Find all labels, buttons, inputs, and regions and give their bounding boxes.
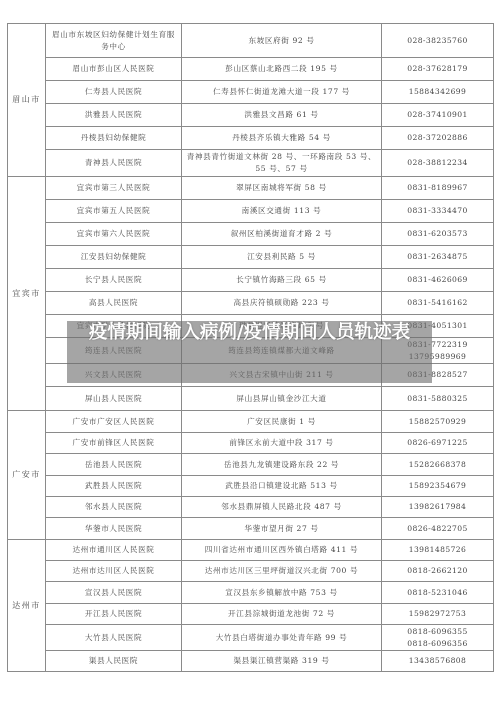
address-cell: 达州市达川区三里坪街道汉兴北街 700 号 — [182, 561, 382, 582]
phone-cell: 0818-5231046 — [382, 582, 494, 604]
phone-cell: 15882570929 — [382, 411, 494, 433]
address-cell: 高县庆符镇硕勋路 223 号 — [182, 292, 382, 315]
address-cell: 武胜县沿口镇建设北路 513 号 — [182, 476, 382, 497]
table-row: 眉山市眉山市东坡区妇幼保健计划生育服务中心东坡区府街 92 号028-38235… — [8, 24, 494, 58]
phone-cell: 0831-2634875 — [382, 246, 494, 269]
address-cell: 翠屏区南城将军街 58 号 — [182, 177, 382, 200]
address-cell: 大竹县白塔街道办事处青年路 99 号 — [182, 625, 382, 651]
table-row: 宜宾市第六人民医院叙州区柏溪街道育才路 2 号0831-6203573 — [8, 223, 494, 246]
address-cell: 叙州区柏溪街道育才路 2 号 — [182, 223, 382, 246]
hospital-name-cell: 长宁县人民医院 — [46, 269, 182, 292]
address-cell: 渠县渠江镇营渠路 319 号 — [182, 651, 382, 672]
table-row: 丹棱县妇幼保健院丹棱县齐乐镇大雅路 54 号028-37202886 — [8, 127, 494, 150]
hospital-name-cell: 眉山市彭山区人民医院 — [46, 58, 182, 81]
table-row: 宣汉县人民医院宣汉县东乡镇解放中路 753 号0818-5231046 — [8, 582, 494, 604]
phone-cell: 15282668378 — [382, 454, 494, 476]
address-cell: 开江县淙城街道龙池街 72 号 — [182, 604, 382, 625]
table-row: 广安市广安市广安区人民医院广安区民康街 1 号15882570929 — [8, 411, 494, 433]
address-cell: 四川省达州市通川区西外镇白塔路 411 号 — [182, 540, 382, 561]
phone-cell: 13982617984 — [382, 497, 494, 518]
hospital-name-cell: 达州市通川区人民医院 — [46, 540, 182, 561]
table-row: 青神县人民医院青神县青竹街道文林街 28 号、一环路南段 53 号、55 号、5… — [8, 150, 494, 177]
phone-cell: 0826-6971225 — [382, 433, 494, 454]
phone-cell: 028-38235760 — [382, 24, 494, 58]
address-cell: 洪雅县文昌路 61 号 — [182, 104, 382, 127]
hospital-name-cell: 洪雅县人民医院 — [46, 104, 182, 127]
hospital-name-cell: 达州市达川区人民医院 — [46, 561, 182, 582]
phone-cell: 15982972753 — [382, 604, 494, 625]
phone-cell: 13981485726 — [382, 540, 494, 561]
address-cell: 岳池县九龙镇建设路东段 22 号 — [182, 454, 382, 476]
banner-title: 疫情期间输入病例/疫情期间人员轨迹表 — [67, 322, 432, 343]
hospital-name-cell: 眉山市东坡区妇幼保健计划生育服务中心 — [46, 24, 182, 58]
phone-cell: 028-37410901 — [382, 104, 494, 127]
phone-cell: 0826-4822705 — [382, 518, 494, 540]
city-cell: 眉山市 — [8, 24, 46, 177]
address-cell: 华蓥市望月街 27 号 — [182, 518, 382, 540]
table-row: 宜宾市宜宾市第三人民医院翠屏区南城将军街 58 号0831-8189967 — [8, 177, 494, 200]
table-row: 江安县妇幼保健院江安县利民路 5 号0831-2634875 — [8, 246, 494, 269]
table-row: 广安市前锋区人民医院前锋区永前大道中段 317 号0826-6971225 — [8, 433, 494, 454]
city-cell: 达州市 — [8, 540, 46, 672]
table-row: 长宁县人民医院长宁镇竹海路三段 65 号0831-4626069 — [8, 269, 494, 292]
hospital-name-cell: 广安市广安区人民医院 — [46, 411, 182, 433]
address-cell: 东坡区府街 92 号 — [182, 24, 382, 58]
table-row: 达州市达州市通川区人民医院四川省达州市通川区西外镇白塔路 411 号139814… — [8, 540, 494, 561]
phone-cell: 0818-60963550818-6096356 — [382, 625, 494, 651]
address-cell: 彭山区蔡山北路西二段 195 号 — [182, 58, 382, 81]
hospital-name-cell: 武胜县人民医院 — [46, 476, 182, 497]
table-row: 岳池县人民医院岳池县九龙镇建设路东段 22 号15282668378 — [8, 454, 494, 476]
address-cell: 丹棱县齐乐镇大雅路 54 号 — [182, 127, 382, 150]
table-row: 屏山县人民医院屏山县屏山镇金沙江大道0831-5880325 — [8, 387, 494, 411]
hospital-name-cell: 高县人民医院 — [46, 292, 182, 315]
hospital-name-cell: 大竹县人民医院 — [46, 625, 182, 651]
phone-cell: 028-37628179 — [382, 58, 494, 81]
table-row: 高县人民医院高县庆符镇硕勋路 223 号0831-5416162 — [8, 292, 494, 315]
phone-cell: 13438576808 — [382, 651, 494, 672]
table-row: 仁寿县人民医院仁寿县怀仁街道龙滩大道一段 177 号15884342699 — [8, 81, 494, 104]
hospital-name-cell: 青神县人民医院 — [46, 150, 182, 177]
table-row: 武胜县人民医院武胜县沿口镇建设北路 513 号15892354679 — [8, 476, 494, 497]
hospital-name-cell: 宜宾市第三人民医院 — [46, 177, 182, 200]
hospital-name-cell: 宣汉县人民医院 — [46, 582, 182, 604]
table-row: 洪雅县人民医院洪雅县文昌路 61 号028-37410901 — [8, 104, 494, 127]
hospital-name-cell: 仁寿县人民医院 — [46, 81, 182, 104]
table-row: 眉山市彭山区人民医院彭山区蔡山北路西二段 195 号028-37628179 — [8, 58, 494, 81]
hospital-name-cell: 广安市前锋区人民医院 — [46, 433, 182, 454]
table-row: 华蓥市人民医院华蓥市望月街 27 号0826-4822705 — [8, 518, 494, 540]
phone-cell: 0831-8189967 — [382, 177, 494, 200]
address-cell: 江安县利民路 5 号 — [182, 246, 382, 269]
table-row: 开江县人民医院开江县淙城街道龙池街 72 号15982972753 — [8, 604, 494, 625]
phone-cell: 028-37202886 — [382, 127, 494, 150]
phone-cell: 15884342699 — [382, 81, 494, 104]
hospital-name-cell: 岳池县人民医院 — [46, 454, 182, 476]
city-cell: 广安市 — [8, 411, 46, 540]
table-row: 渠县人民医院渠县渠江镇营渠路 319 号13438576808 — [8, 651, 494, 672]
hospital-name-cell: 丹棱县妇幼保健院 — [46, 127, 182, 150]
address-cell: 青神县青竹街道文林街 28 号、一环路南段 53 号、55 号、57 号 — [182, 150, 382, 177]
address-cell: 仁寿县怀仁街道龙滩大道一段 177 号 — [182, 81, 382, 104]
phone-cell: 0831-6203573 — [382, 223, 494, 246]
hospital-name-cell: 华蓥市人民医院 — [46, 518, 182, 540]
hospital-name-cell: 宜宾市第五人民医院 — [46, 200, 182, 223]
phone-cell: 0831-4626069 — [382, 269, 494, 292]
address-cell: 广安区民康街 1 号 — [182, 411, 382, 433]
address-cell: 宣汉县东乡镇解放中路 753 号 — [182, 582, 382, 604]
phone-cell: 0831-5416162 — [382, 292, 494, 315]
hospital-name-cell: 宜宾市第六人民医院 — [46, 223, 182, 246]
address-cell: 长宁镇竹海路三段 65 号 — [182, 269, 382, 292]
phone-cell: 15892354679 — [382, 476, 494, 497]
table-row: 大竹县人民医院大竹县白塔街道办事处青年路 99 号0818-6096355081… — [8, 625, 494, 651]
phone-cell: 0831-5880325 — [382, 387, 494, 411]
table-row: 邻水县人民医院邻水县鼎屏镇人民路北段 487 号13982617984 — [8, 497, 494, 518]
hospital-name-cell: 邻水县人民医院 — [46, 497, 182, 518]
address-cell: 前锋区永前大道中段 317 号 — [182, 433, 382, 454]
hospital-name-cell: 渠县人民医院 — [46, 651, 182, 672]
address-cell: 南溪区交通街 113 号 — [182, 200, 382, 223]
hospital-name-cell: 江安县妇幼保健院 — [46, 246, 182, 269]
address-cell: 屏山县屏山镇金沙江大道 — [182, 387, 382, 411]
phone-cell: 028-38812234 — [382, 150, 494, 177]
hospital-name-cell: 屏山县人民医院 — [46, 387, 182, 411]
table-row: 达州市达川区人民医院达州市达川区三里坪街道汉兴北街 700 号0818-2662… — [8, 561, 494, 582]
phone-cell: 0831-3334470 — [382, 200, 494, 223]
hospital-name-cell: 开江县人民医院 — [46, 604, 182, 625]
address-cell: 邻水县鼎屏镇人民路北段 487 号 — [182, 497, 382, 518]
table-row: 宜宾市第五人民医院南溪区交通街 113 号0831-3334470 — [8, 200, 494, 223]
phone-cell: 0818-2662120 — [382, 561, 494, 582]
city-cell: 宜宾市 — [8, 177, 46, 411]
